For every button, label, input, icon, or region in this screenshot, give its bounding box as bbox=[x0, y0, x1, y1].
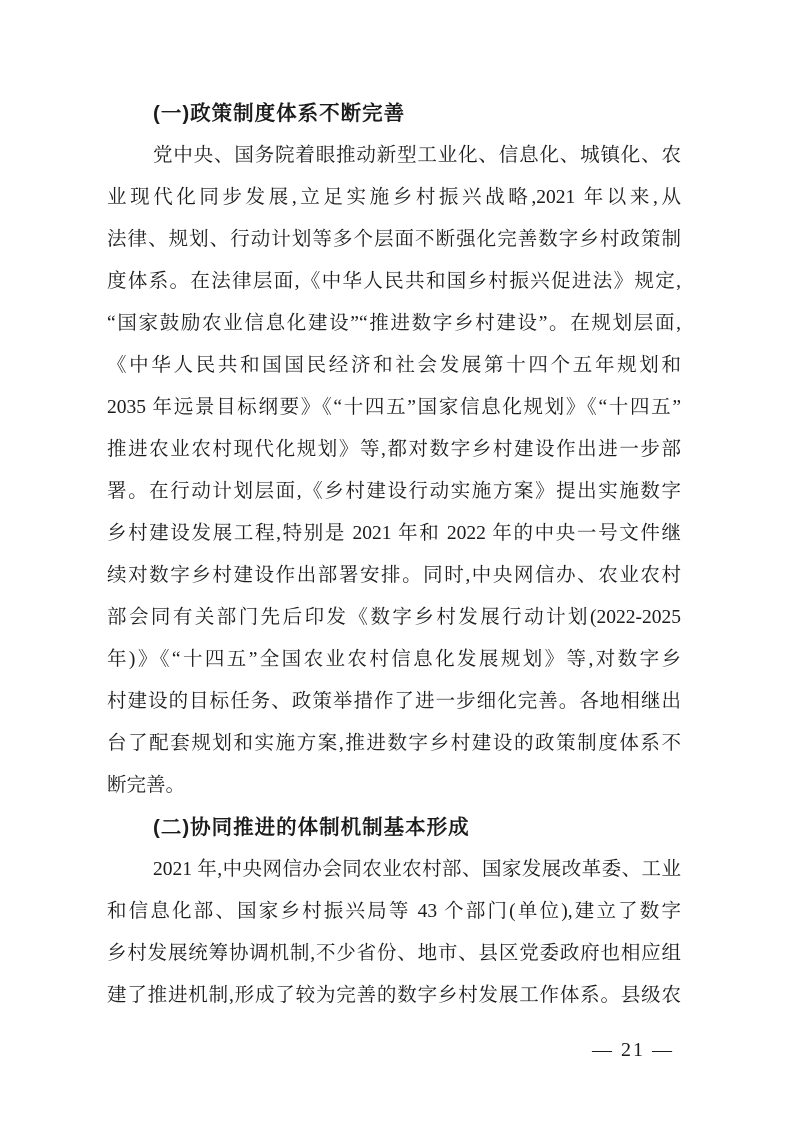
text-line: 党中央、国务院着眼推动新型工业化、信息化、城镇化、农 bbox=[107, 135, 681, 177]
text-line: 村建设的目标任务、政策举措作了进一步细化完善。各地相继出 bbox=[107, 681, 681, 723]
text-line: 续对数字乡村建设作出部署安排。同时,中央网信办、农业农村 bbox=[107, 555, 681, 597]
text-line: 建了推进机制,形成了较为完善的数字乡村发展工作体系。县级农 bbox=[107, 975, 681, 1017]
section-heading: (一)政策制度体系不断完善 bbox=[107, 93, 681, 135]
text-line: 业现代化同步发展,立足实施乡村振兴战略,2021 年以来,从 bbox=[107, 177, 681, 219]
text-line: 2035 年远景目标纲要》《“十四五”国家信息化规划》《“十四五” bbox=[107, 387, 681, 429]
page-number: — 21 — bbox=[592, 1036, 674, 1064]
text-line: 乡村发展统筹协调机制,不少省份、地市、县区党委政府也相应组 bbox=[107, 933, 681, 975]
text-line: 推进农业农村现代化规划》等,都对数字乡村建设作出进一步部 bbox=[107, 429, 681, 471]
text-line: 署。在行动计划层面,《乡村建设行动实施方案》提出实施数字 bbox=[107, 471, 681, 513]
text-line: 度体系。在法律层面,《中华人民共和国乡村振兴促进法》规定, bbox=[107, 261, 681, 303]
text-line: 乡村建设发展工程,特别是 2021 年和 2022 年的中央一号文件继 bbox=[107, 513, 681, 555]
text-line: 年)》《“十四五”全国农业农村信息化发展规划》等,对数字乡 bbox=[107, 639, 681, 681]
document-body: (一)政策制度体系不断完善党中央、国务院着眼推动新型工业化、信息化、城镇化、农业… bbox=[107, 93, 681, 1017]
text-line: 台了配套规划和实施方案,推进数字乡村建设的政策制度体系不 bbox=[107, 723, 681, 765]
text-line: “国家鼓励农业信息化建设”“推进数字乡村建设”。在规划层面, bbox=[107, 303, 681, 345]
text-line: 部会同有关部门先后印发《数字乡村发展行动计划(2022-2025 bbox=[107, 597, 681, 639]
text-line: 《中华人民共和国国民经济和社会发展第十四个五年规划和 bbox=[107, 345, 681, 387]
text-line: 2021 年,中央网信办会同农业农村部、国家发展改革委、工业 bbox=[107, 849, 681, 891]
document-page: (一)政策制度体系不断完善党中央、国务院着眼推动新型工业化、信息化、城镇化、农业… bbox=[0, 0, 794, 1123]
section-heading: (二)协同推进的体制机制基本形成 bbox=[107, 807, 681, 849]
text-line: 法律、规划、行动计划等多个层面不断强化完善数字乡村政策制 bbox=[107, 219, 681, 261]
text-line: 断完善。 bbox=[107, 765, 681, 807]
text-line: 和信息化部、国家乡村振兴局等 43 个部门(单位),建立了数字 bbox=[107, 891, 681, 933]
